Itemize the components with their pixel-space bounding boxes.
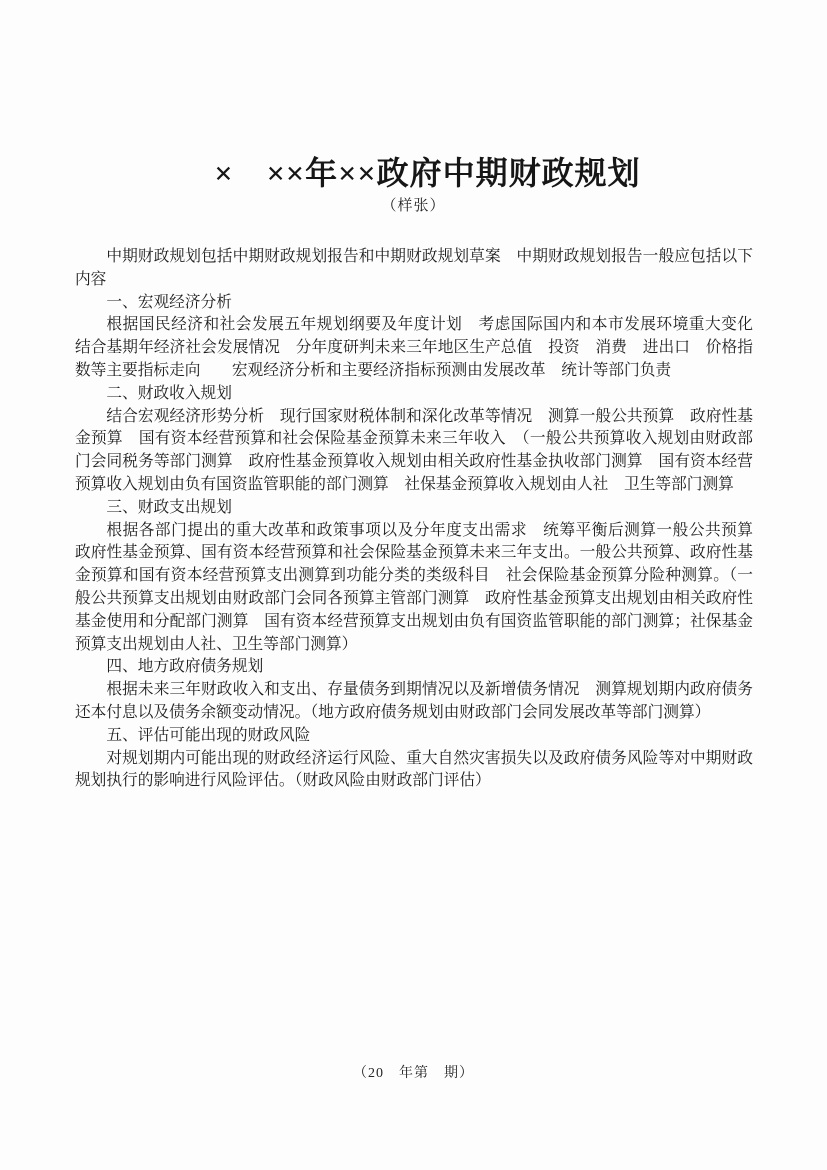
section-5-heading: 五、评估可能出现的财政风险 xyxy=(75,725,753,748)
page-footer: （20 年第 期） xyxy=(0,1062,827,1082)
section-3-heading: 三、财政支出规划 xyxy=(75,497,753,520)
section-4-heading: 四、地方政府债务规划 xyxy=(75,656,753,679)
document-subtitle: （样张） xyxy=(0,194,827,215)
section-2-body: 结合宏观经济形势分析 现行国家财税体制和深化改革等情况 测算一般公共预算 政府性… xyxy=(75,406,753,497)
section-1-body: 根据国民经济和社会发展五年规划纲要及年度计划 考虑国际国内和本市发展环境重大变化… xyxy=(75,314,753,382)
section-2-heading: 二、财政收入规划 xyxy=(75,383,753,406)
document-body: 中期财政规划包括中期财政规划报告和中期财政规划草案 中期财政规划报告一般应包括以… xyxy=(75,246,753,793)
intro-paragraph: 中期财政规划包括中期财政规划报告和中期财政规划草案 中期财政规划报告一般应包括以… xyxy=(75,246,753,292)
section-1-heading: 一、宏观经济分析 xyxy=(75,292,753,315)
section-4-body: 根据未来三年财政收入和支出、存量债务到期情况以及新增债务情况 测算规划期内政府债… xyxy=(75,679,753,725)
document-title: × ××年××政府中期财政规划 xyxy=(14,148,827,194)
document-page: × ××年××政府中期财政规划 （样张） 中期财政规划包括中期财政规划报告和中期… xyxy=(0,0,827,1170)
section-5-body: 对规划期内可能出现的财政经济运行风险、重大自然灾害损失以及政府债务风险等对中期财… xyxy=(75,748,753,794)
section-3-body: 根据各部门提出的重大改革和政策事项以及分年度支出需求 统筹平衡后测算一般公共预算… xyxy=(75,520,753,657)
